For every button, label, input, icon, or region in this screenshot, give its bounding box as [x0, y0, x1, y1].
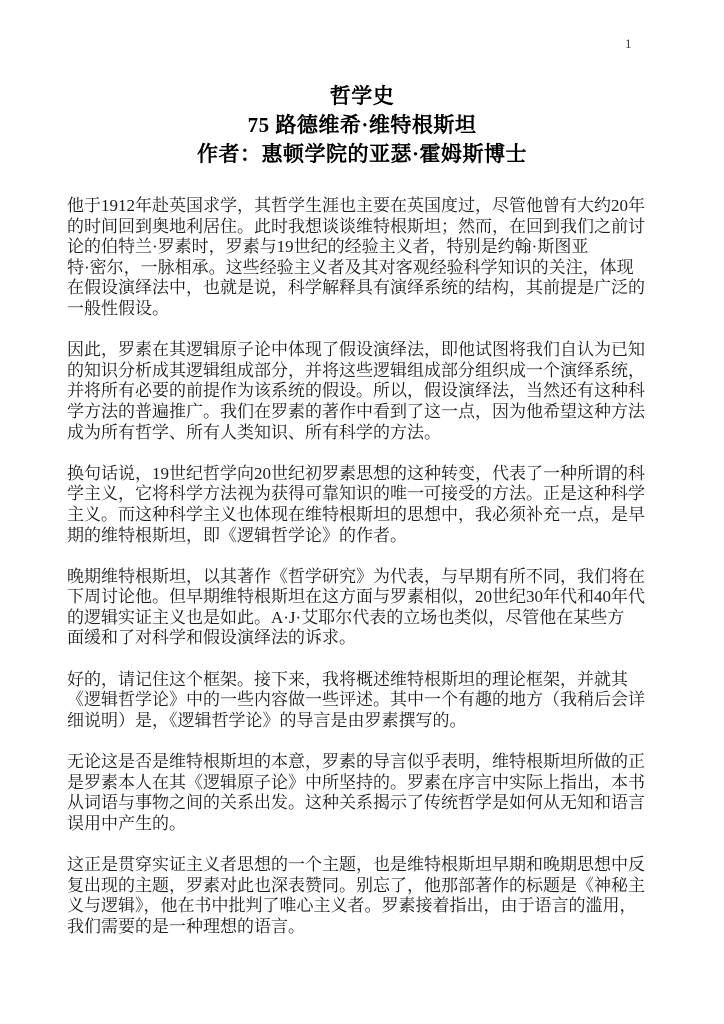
paragraph-3: 换句话说，19世纪哲学向20世纪初罗素思想的这种转变，代表了一种所谓的科 学主义…: [67, 464, 663, 546]
course-title: 哲学史: [0, 82, 724, 111]
paragraph-2: 因此，罗素在其逻辑原子论中体现了假设演绎法，即他试图将我们自认为已知 的知识分析…: [67, 340, 663, 443]
page-number: 1: [625, 36, 632, 52]
paragraph-7: 这正是贯穿实证主义者思想的一个主题，也是维特根斯坦早期和晚期思想中反 复出现的主…: [67, 855, 663, 937]
title-block: 哲学史 75 路德维希·维特根斯坦 作者：惠顿学院的亚瑟·霍姆斯博士: [0, 0, 724, 169]
paragraph-1: 他于1912年赴英国求学，其哲学生涯也主要在英国度过，尽管他曾有大约20年 的时…: [67, 196, 663, 320]
paragraph-6: 无论这是否是维特根斯坦的本意，罗素的导言似乎表明，维特根斯坦所做的正 是罗素本人…: [67, 752, 663, 834]
lecture-title: 75 路德维希·维特根斯坦: [0, 111, 724, 140]
paragraph-5: 好的，请记住这个框架。接下来，我将概述维特根斯坦的理论框架，并就其 《逻辑哲学论…: [67, 670, 663, 732]
lecture-body: 他于1912年赴英国求学，其哲学生涯也主要在英国度过，尽管他曾有大约20年 的时…: [67, 196, 663, 937]
document-page: 1 哲学史 75 路德维希·维特根斯坦 作者：惠顿学院的亚瑟·霍姆斯博士 他于1…: [0, 0, 724, 1024]
paragraph-4: 晚期维特根斯坦，以其著作《哲学研究》为代表，与早期有所不同，我们将在 下周讨论他…: [67, 567, 663, 649]
author-byline: 作者：惠顿学院的亚瑟·霍姆斯博士: [0, 140, 724, 169]
